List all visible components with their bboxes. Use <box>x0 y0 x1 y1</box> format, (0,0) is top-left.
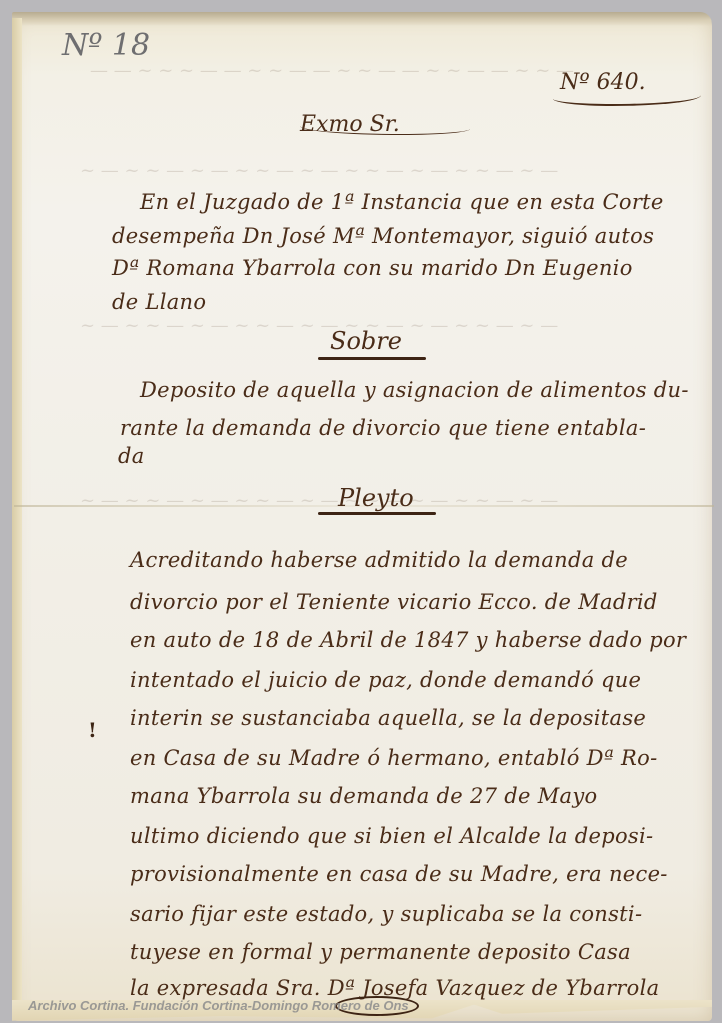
heading-underline <box>318 357 426 360</box>
intro-line: En el Juzgado de 1ª Instancia que en est… <box>140 190 664 214</box>
body-line: tuyese en formal y permanente deposito C… <box>130 940 631 964</box>
subject-line: Deposito de aquella y asignacion de alim… <box>140 378 689 402</box>
archive-watermark: Archivo Cortina. Fundación Cortina-Domin… <box>28 998 409 1013</box>
heading-underline <box>318 512 436 515</box>
subject-line: rante la demanda de divorcio que tiene e… <box>120 416 646 440</box>
body-line: mana Ybarrola su demanda de 27 de Mayo <box>130 784 597 808</box>
bleed-through-text: ~ — ~ ~ — ~ — ~ ~ — ~ — ~ ~ — ~ — ~ ~ — … <box>80 490 558 511</box>
margin-mark: ! <box>88 718 97 742</box>
body-line: sario fijar este estado, y suplicaba se … <box>130 902 642 926</box>
body-line: intentado el juicio de paz, donde demand… <box>130 668 641 692</box>
body-line: provisionalmente en casa de su Madre, er… <box>130 862 668 886</box>
body-line: ultimo diciendo que si bien el Alcalde l… <box>130 824 653 848</box>
heading-sobre: Sobre <box>330 327 402 355</box>
intro-line: de Llano <box>112 290 206 314</box>
body-line: en Casa de su Madre ó hermano, entabló D… <box>130 746 658 770</box>
body-line: interin se sustanciaba aquella, se la de… <box>130 706 646 730</box>
bleed-through-text: ~ — ~ ~ — ~ — ~ ~ — ~ — ~ ~ — ~ — ~ ~ — … <box>80 160 558 181</box>
subject-line: da <box>118 444 145 468</box>
body-line: Acreditando haberse admitido la demanda … <box>130 548 628 572</box>
bleed-through-text: — — ~ ~ ~ — — ~ ~ — — ~ ~ — — ~ ~ — — ~ … <box>90 60 574 81</box>
binding-strip <box>12 18 22 1018</box>
body-line: en auto de 18 de Abril de 1847 y haberse… <box>130 628 686 652</box>
bleed-through-text: ~ — ~ ~ — ~ — ~ ~ — ~ — ~ ~ — ~ — ~ ~ — … <box>80 315 558 336</box>
body-line: divorcio por el Teniente vicario Ecco. d… <box>130 590 658 614</box>
page-top-edge <box>12 12 712 26</box>
intro-line: Dª Romana Ybarrola con su marido Dn Euge… <box>112 256 633 280</box>
intro-line: desempeña Dn José Mª Montemayor, siguió … <box>112 224 654 248</box>
folio-number: Nº 18 <box>62 28 150 63</box>
heading-pleyto: Pleyto <box>338 484 414 512</box>
